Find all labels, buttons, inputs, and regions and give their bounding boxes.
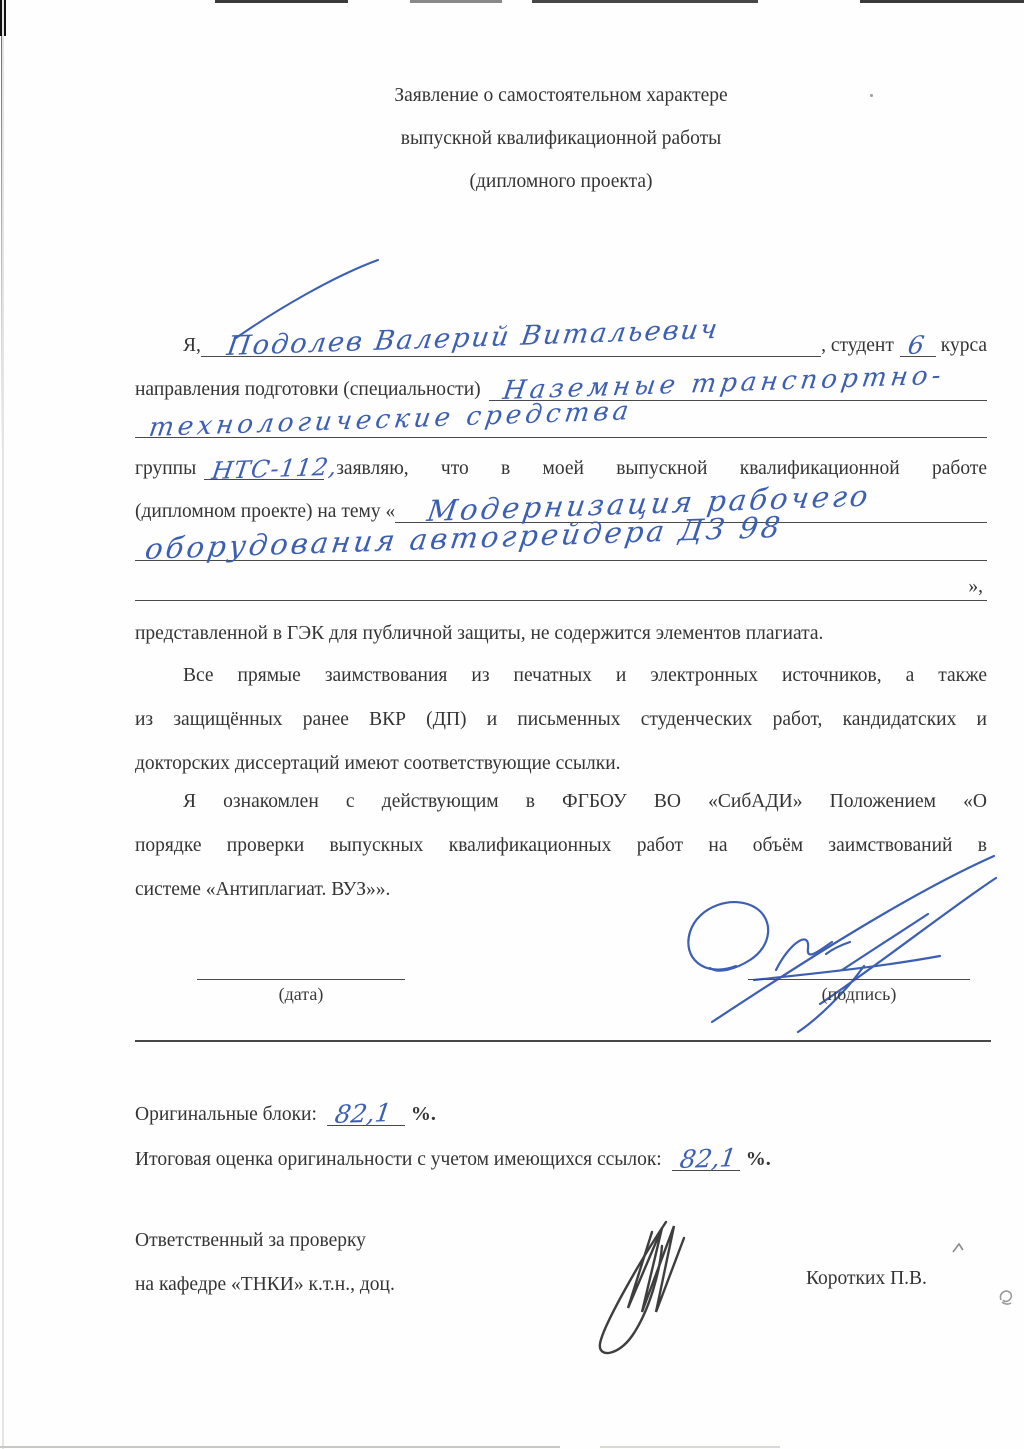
title-line-3: (дипломного проекта)	[135, 160, 987, 203]
originality-blocks-percent: %.	[411, 1103, 436, 1126]
specialty-field-line-1: Наземные транспортно-	[489, 364, 987, 401]
student-signature	[678, 854, 998, 1034]
originality-total-row: Итоговая оценка оригинальности с учетом …	[135, 1134, 925, 1171]
form-row-specialty: направления подготовки (специальности) Н…	[135, 364, 987, 401]
paragraph-2: Все прямые заимствования из печатных и э…	[135, 654, 987, 786]
course-field-line: 6	[900, 320, 936, 357]
scan-edge-top-segment	[410, 0, 502, 3]
topic-field-line-3: »,	[135, 564, 987, 601]
responsible-line-1: Ответственный за проверку	[135, 1219, 395, 1263]
responsible-line-2: на кафедре «ТНКИ» к.т.н., доц.	[135, 1263, 395, 1307]
originality-total-label: Итоговая оценка оригинальности с учетом …	[135, 1149, 662, 1171]
scan-edge-top-segment	[860, 0, 1024, 3]
handwritten-course: 6	[906, 330, 926, 360]
handwritten-name: Подолев Валерий Витальевич	[225, 314, 721, 362]
scan-edge-bottom-segment	[600, 1446, 780, 1448]
signature-label: (подпись)	[748, 984, 970, 1005]
handwritten-group: НТС-112,	[210, 453, 340, 485]
declare-text: заявляю, что в моей выпускной квалификац…	[324, 458, 987, 480]
title-line-2: выпускной квалификационной работы	[135, 117, 987, 160]
scan-mark-caret	[952, 1243, 964, 1253]
paragraph-1: представленной в ГЭК для публичной защит…	[135, 612, 987, 656]
topic-field-line-2: оборудования автогрейдера ДЗ 98	[135, 524, 987, 561]
form-row-topic-3: »,	[135, 564, 987, 601]
date-line	[197, 979, 405, 980]
form-row-topic-2: оборудования автогрейдера ДЗ 98	[135, 524, 987, 561]
form-row-specialty-2: технологические средства	[135, 401, 987, 438]
handwritten-blocks-value: 82,1	[333, 1098, 393, 1129]
date-label: (дата)	[197, 984, 405, 1005]
checker-signature	[572, 1212, 722, 1357]
horizontal-rule	[135, 1040, 991, 1042]
handwritten-specialty-2: технологические средства	[147, 396, 634, 443]
ya-label: Я,	[183, 335, 201, 357]
title-line-1: Заявление о самостоятельном характере	[135, 74, 987, 117]
specialty-field-line-2: технологические средства	[135, 401, 987, 438]
scan-edge-bottom-segment	[0, 1446, 560, 1448]
scanned-document-page: Заявление о самостоятельном характере вы…	[0, 0, 1024, 1449]
group-label: группы	[135, 458, 196, 480]
signature-line	[748, 979, 970, 980]
paragraph-3-line-1: Я ознакомлен с действующим в ФГБОУ ВО «С…	[135, 780, 987, 824]
topic-label: (дипломном проекте) на тему «	[135, 501, 395, 523]
student-label: , студент	[821, 335, 894, 357]
originality-blocks-field: 82,1	[327, 1089, 405, 1126]
scan-mark-curl	[998, 1288, 1014, 1306]
originality-blocks-row: Оригинальные блоки: 82,1 %.	[135, 1089, 555, 1126]
scan-edge-top-segment	[215, 0, 348, 3]
originality-blocks-label: Оригинальные блоки:	[135, 1104, 317, 1126]
specialty-label: направления подготовки (специальности)	[135, 379, 481, 401]
paragraph-2-line-1: Все прямые заимствования из печатных и э…	[135, 654, 987, 698]
closing-quote: »,	[968, 576, 983, 598]
scan-edge-left-faint	[2, 0, 4, 1449]
paragraph-2-line-2: из защищённых ранее ВКР (ДП) и письменны…	[135, 698, 987, 742]
document-title: Заявление о самостоятельном характере вы…	[135, 74, 987, 203]
form-row-group: группы НТС-112, заявляю, что в моей выпу…	[135, 443, 987, 480]
group-field-line: НТС-112,	[204, 443, 324, 480]
originality-total-percent: %.	[746, 1148, 771, 1171]
originality-total-field: 82,1	[672, 1134, 740, 1171]
responsible-block: Ответственный за проверку на кафедре «ТН…	[135, 1219, 395, 1307]
checker-name: Коротких П.В.	[806, 1268, 927, 1290]
name-field-line: Подолев Валерий Витальевич	[201, 320, 821, 357]
scan-edge-top-segment	[532, 0, 758, 3]
handwritten-total-value: 82,1	[678, 1143, 738, 1174]
form-row-name: Я, Подолев Валерий Витальевич , студент …	[135, 320, 987, 357]
course-suffix-label: курса	[936, 335, 987, 357]
